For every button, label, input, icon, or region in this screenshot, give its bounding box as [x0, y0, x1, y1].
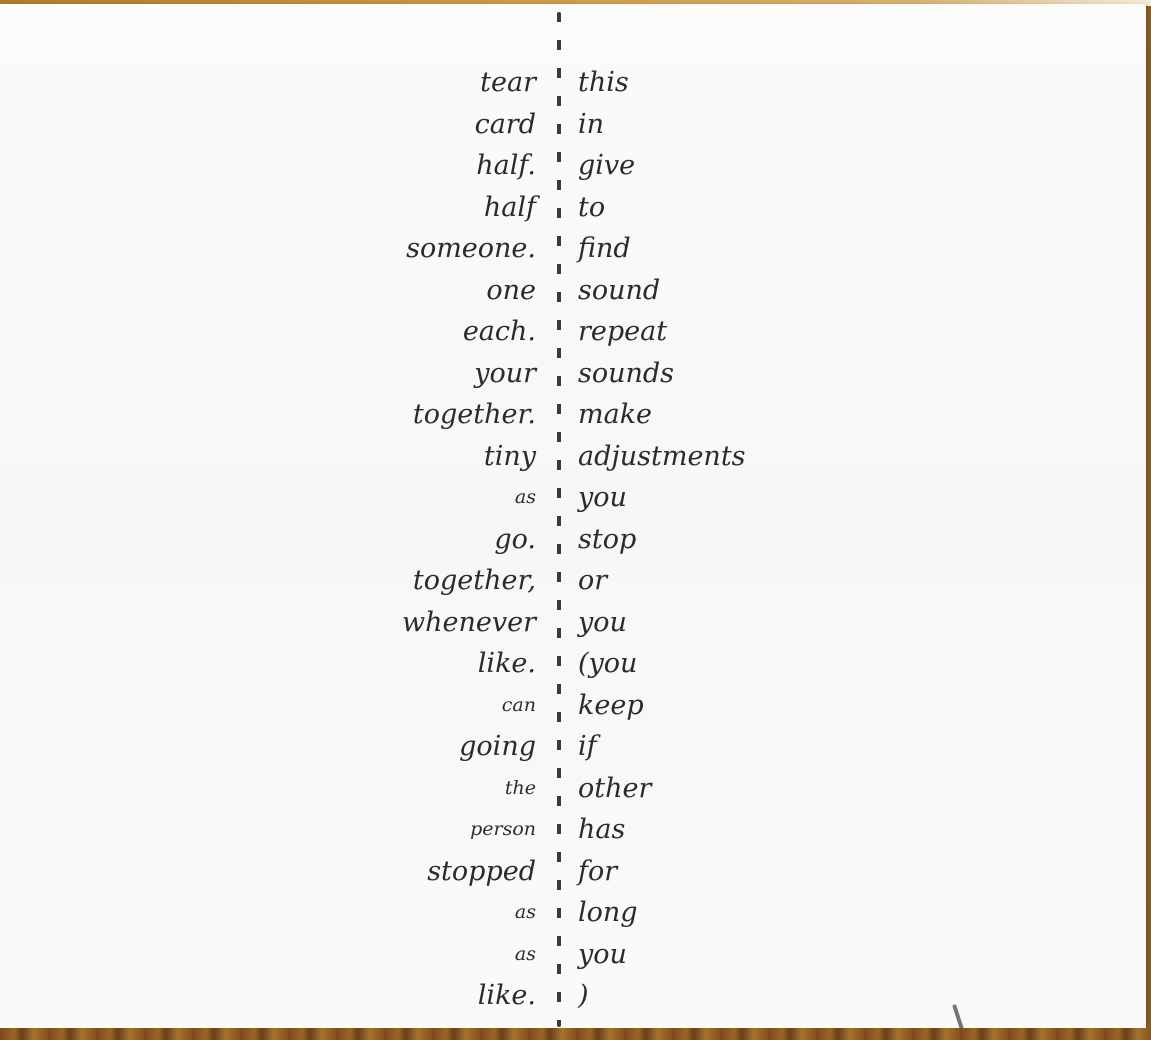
right-word: find: [578, 228, 746, 270]
left-word: someone.: [402, 228, 536, 270]
right-word: for: [578, 851, 746, 893]
right-word: repeat: [578, 311, 746, 353]
right-word: you: [578, 602, 746, 644]
right-word: keep: [578, 685, 746, 727]
left-word: like.: [402, 643, 536, 685]
left-word: whenever: [402, 602, 536, 644]
right-word: to: [578, 187, 746, 229]
right-word: (you: [578, 643, 746, 685]
left-word: can: [402, 685, 536, 727]
stray-pen-mark: [952, 1004, 964, 1030]
left-word: the: [402, 768, 536, 810]
left-word-column: tear card half. half someone. one each. …: [402, 62, 536, 1017]
left-word: like.: [402, 975, 536, 1017]
right-word: sounds: [578, 353, 746, 395]
left-word: one: [402, 270, 536, 312]
left-word: person: [402, 809, 536, 851]
left-word: as: [402, 477, 536, 519]
right-word: long: [578, 892, 746, 934]
left-word: stopped: [402, 851, 536, 893]
right-word: adjustments: [578, 436, 746, 478]
right-word: has: [578, 809, 746, 851]
left-word: as: [402, 934, 536, 976]
right-word: in: [578, 104, 746, 146]
wood-surface-bottom: [0, 1028, 1151, 1040]
paper-card: tear card half. half someone. one each. …: [0, 4, 1146, 1028]
right-word: stop: [578, 519, 746, 561]
right-word: ): [578, 975, 746, 1017]
left-word: half.: [402, 145, 536, 187]
right-word-column: this in give to find sound repeat sounds…: [578, 62, 746, 1017]
right-word: sound: [578, 270, 746, 312]
right-word: or: [578, 560, 746, 602]
right-word: other: [578, 768, 746, 810]
left-word: together,: [402, 560, 536, 602]
dashed-tear-line: [557, 12, 561, 1027]
right-word: give: [578, 145, 746, 187]
left-word: half: [402, 187, 536, 229]
right-word: you: [578, 934, 746, 976]
right-word: this: [578, 62, 746, 104]
right-word: if: [578, 726, 746, 768]
left-word: each.: [402, 311, 536, 353]
left-word: together.: [402, 394, 536, 436]
left-word: card: [402, 104, 536, 146]
left-word: going: [402, 726, 536, 768]
right-word: you: [578, 477, 746, 519]
left-word: tear: [402, 62, 536, 104]
left-word: tiny: [402, 436, 536, 478]
right-word: make: [578, 394, 746, 436]
left-word: go.: [402, 519, 536, 561]
left-word: your: [402, 353, 536, 395]
left-word: as: [402, 892, 536, 934]
